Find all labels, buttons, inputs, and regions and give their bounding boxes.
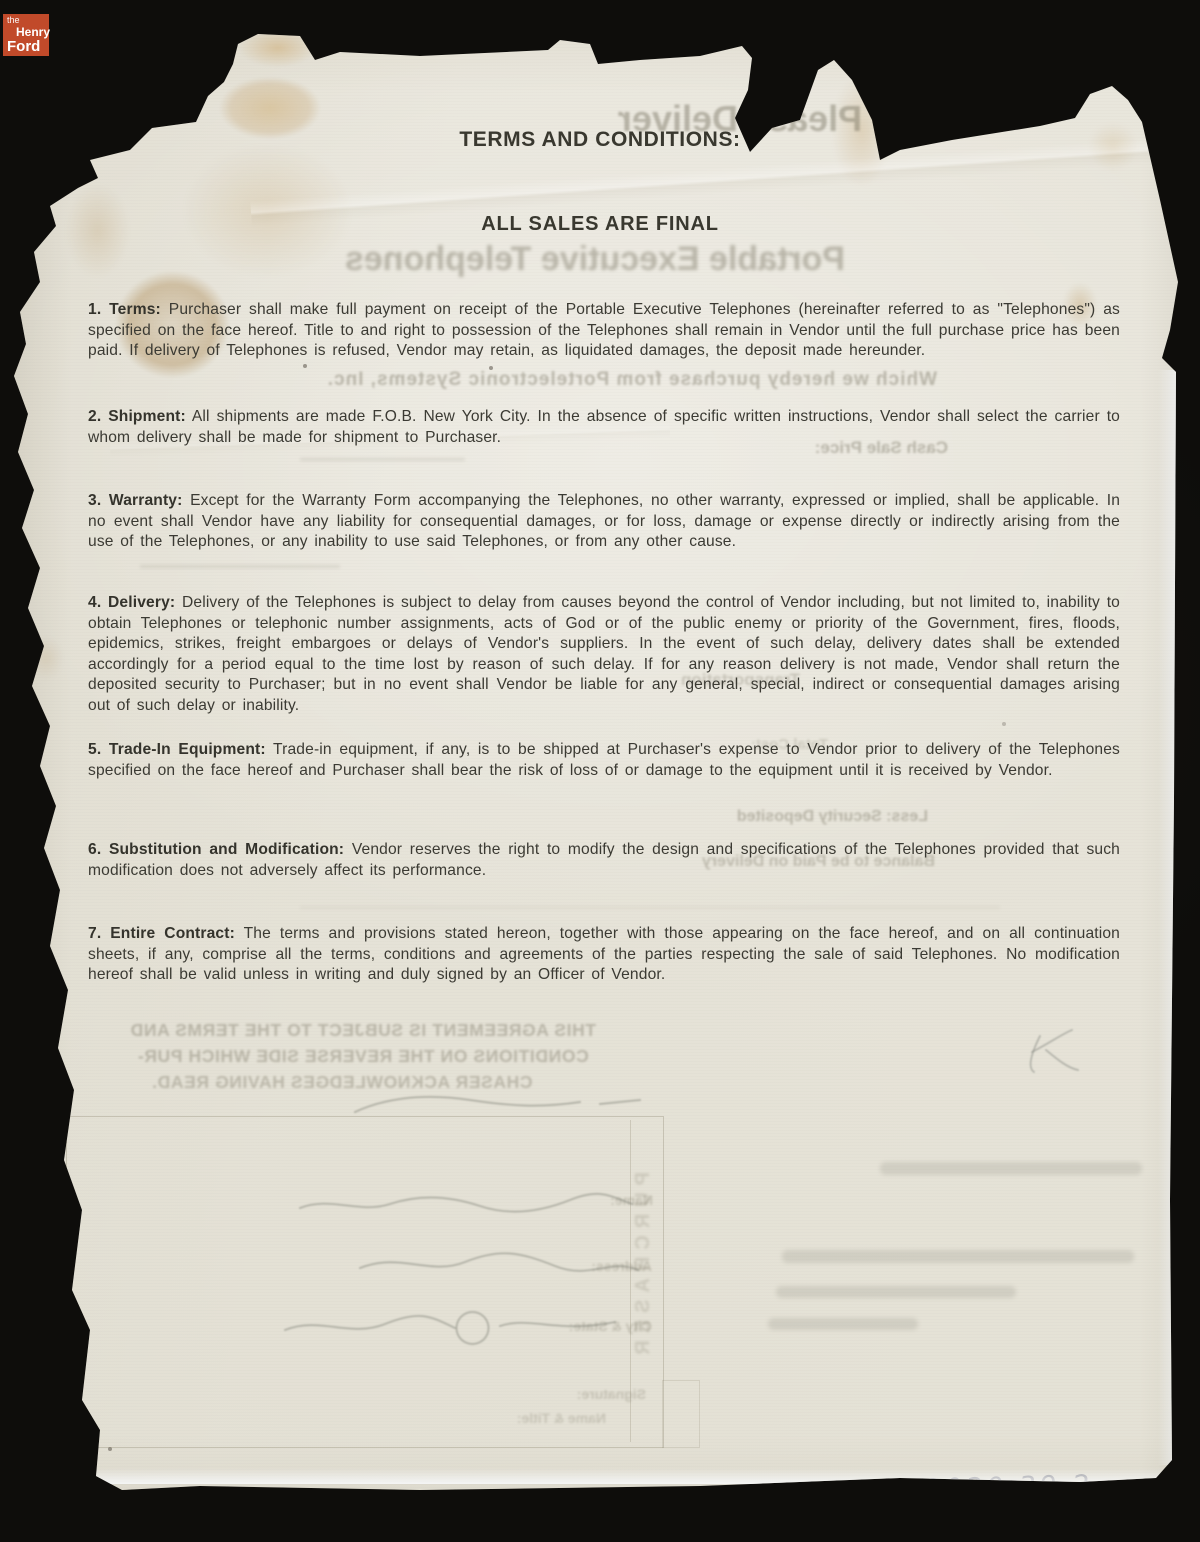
logo-text-the: the (7, 16, 20, 25)
henry-ford-logo: the Henry Ford (3, 14, 49, 56)
photo-backdrop: Please Deliver Portable Executive Teleph… (0, 0, 1200, 1542)
clause-trade-in: 5. Trade-In Equipment: Trade-in equipmen… (88, 740, 1120, 781)
doc-title: TERMS AND CONDITIONS: (0, 128, 1200, 152)
clause-delivery: 4. Delivery: Delivery of the Telephones … (88, 593, 1120, 716)
ghost-illegible-row (880, 1162, 1142, 1175)
pencil-smudge (300, 906, 1000, 909)
ghost-illegible-row (768, 1318, 918, 1330)
clause-text: The terms and provisions stated hereon, … (88, 925, 1120, 983)
paper-right-edge-highlight (1158, 370, 1176, 1465)
clause-label: 5. Trade-In Equipment: (88, 741, 266, 758)
clause-label: 2. Shipment: (88, 408, 186, 425)
clause-text: Except for the Warranty Form accompanyin… (88, 492, 1120, 550)
stain (6, 1000, 61, 1066)
clause-entire-contract: 7. Entire Contract: The terms and provis… (88, 924, 1120, 986)
ghost-illegible-row (782, 1250, 1134, 1263)
pencil-smudge (300, 458, 465, 461)
clause-shipment: 2. Shipment: All shipments are made F.O.… (88, 407, 1120, 448)
paper-speck (489, 366, 493, 370)
pencil-smudge (140, 565, 340, 568)
clause-label: 1. Terms: (88, 301, 161, 318)
ghost-form-box (66, 1116, 664, 1448)
document-paper: Please Deliver Portable Executive Teleph… (0, 0, 1200, 1542)
clause-text: All shipments are made F.O.B. New York C… (88, 408, 1120, 446)
clause-text: Delivery of the Telephones is subject to… (88, 594, 1120, 714)
clause-label: 7. Entire Contract: (88, 925, 235, 942)
clause-substitution: 6. Substitution and Modification: Vendor… (88, 840, 1120, 881)
paper-bottom-edge-highlight (90, 1468, 1170, 1484)
clause-text: Purchaser shall make full payment on rec… (88, 301, 1120, 359)
ghost-illegible-row (776, 1286, 1016, 1298)
paper-speck (303, 364, 307, 368)
clause-label: 6. Substitution and Modification: (88, 841, 344, 858)
logo-text-henry: Henry (16, 26, 50, 38)
doc-subtitle: ALL SALES ARE FINAL (0, 213, 1200, 236)
clause-terms: 1. Terms: Purchaser shall make full paym… (88, 300, 1120, 362)
paper-speck (1002, 722, 1006, 726)
logo-text-ford: Ford (7, 39, 40, 54)
ghost-form-divider (630, 1120, 631, 1442)
ghost-form-corner-box (662, 1380, 700, 1448)
clause-warranty: 3. Warranty: Except for the Warranty For… (88, 491, 1120, 553)
clause-label: 4. Delivery: (88, 594, 175, 611)
clause-label: 3. Warranty: (88, 492, 182, 509)
